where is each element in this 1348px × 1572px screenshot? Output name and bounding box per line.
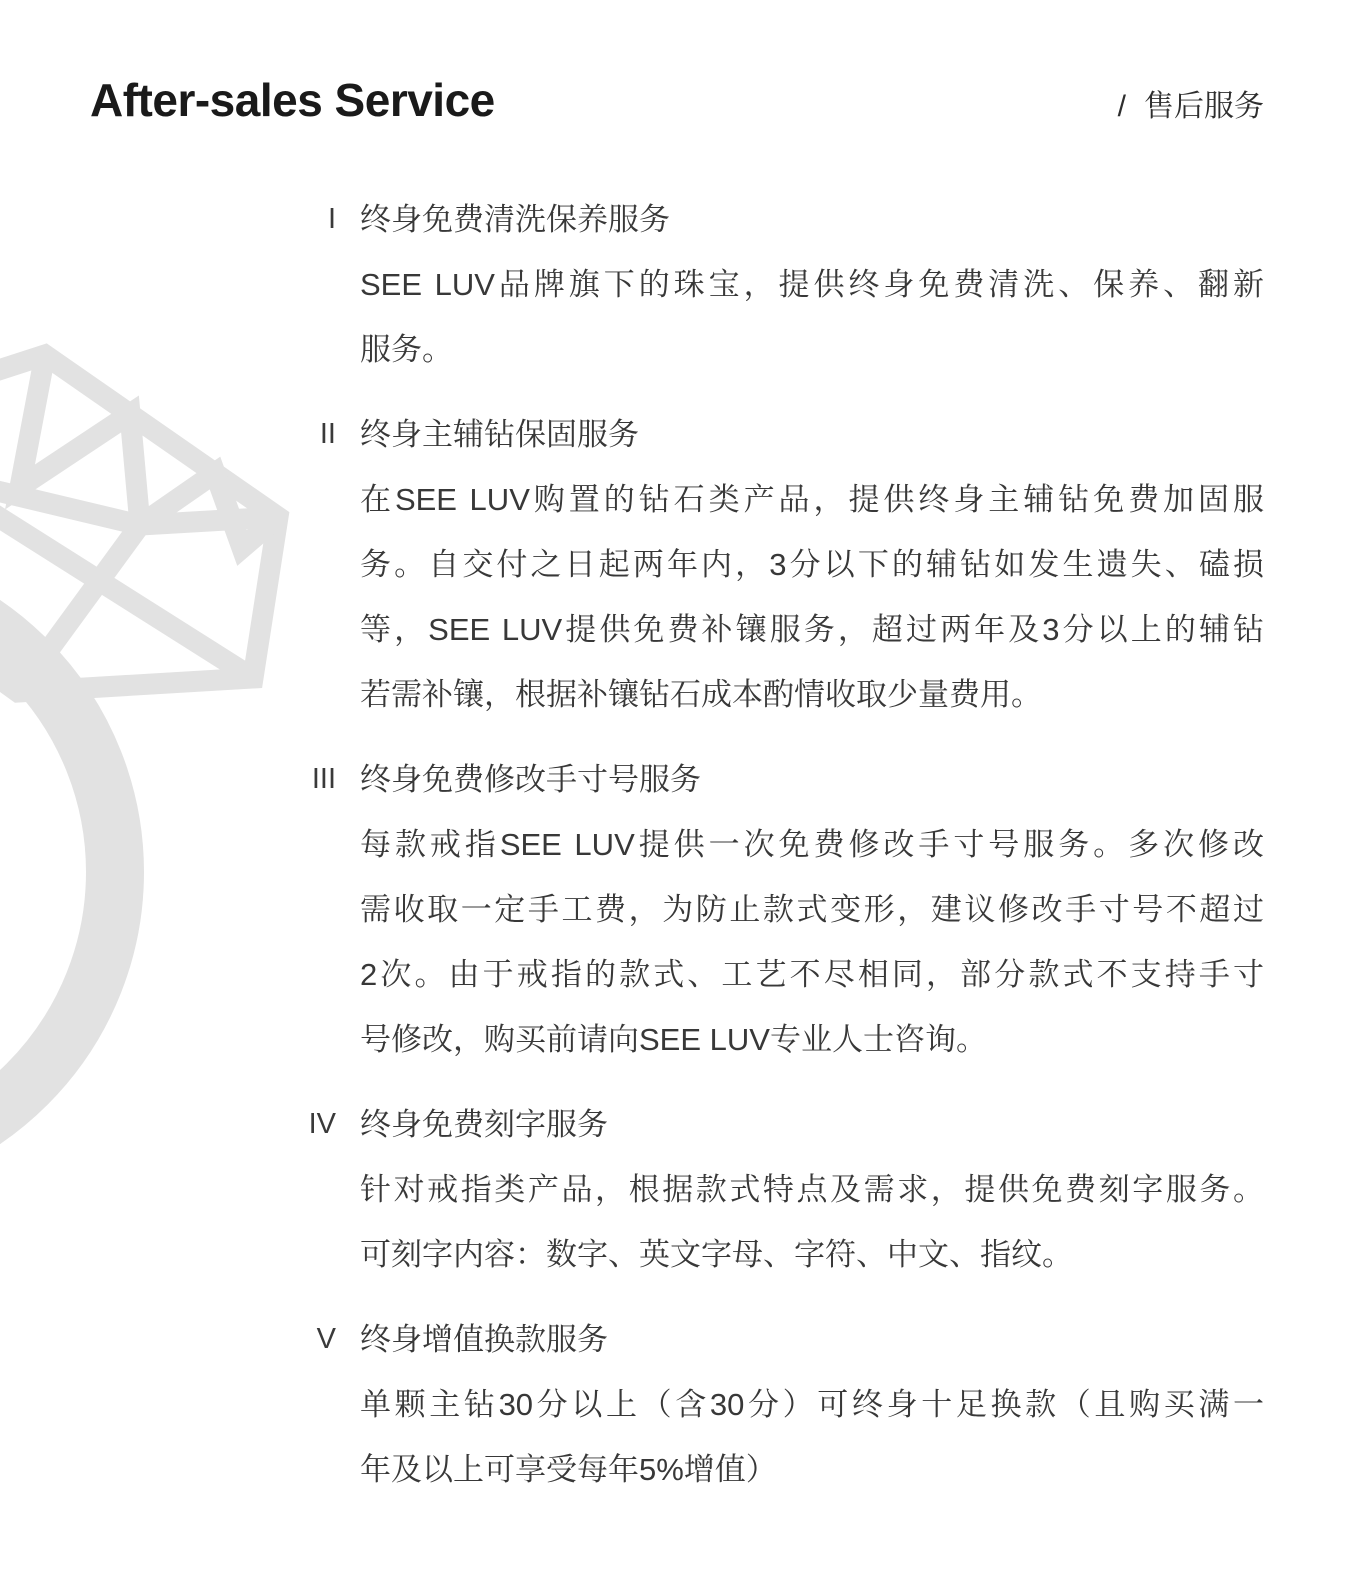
service-body-line: SEE LUV品牌旗下的珠宝，提供终身免费清洗、保养、翻新 <box>360 252 1264 317</box>
service-body-line: 针对戒指类产品，根据款式特点及需求，提供免费刻字服务。 <box>360 1157 1264 1222</box>
service-title: 终身免费清洗保养服务 <box>360 187 1264 252</box>
service-numeral: V <box>296 1307 336 1502</box>
service-body-line: 服务。 <box>360 317 1264 382</box>
service-body: 在SEE LUV购置的钻石类产品，提供终身主辅钻免费加固服务。自交付之日起两年内… <box>360 467 1264 727</box>
gem-pavilion-facet <box>0 480 253 678</box>
service-title: 终身主辅钻保固服务 <box>360 402 1264 467</box>
service-body-line: 每款戒指SEE LUV提供一次免费修改手寸号服务。多次修改 <box>360 812 1264 877</box>
service-body: 单颗主钻30分以上（含30分）可终身十足换款（且购买满一年及以上可享受每年5%增… <box>360 1372 1264 1502</box>
service-item-1: I 终身免费清洗保养服务 SEE LUV品牌旗下的珠宝，提供终身免费清洗、保养、… <box>296 187 1264 382</box>
gem-girdle-line <box>0 462 278 525</box>
page-title-zh: 售后服务 <box>1144 90 1264 123</box>
service-numeral: IV <box>296 1092 336 1287</box>
service-body: 每款戒指SEE LUV提供一次免费修改手寸号服务。多次修改需收取一定手工费，为防… <box>360 812 1264 1072</box>
service-item-5: V 终身增值换款服务 单颗主钻30分以上（含30分）可终身十足换款（且购买满一年… <box>296 1307 1264 1502</box>
service-title: 终身免费刻字服务 <box>360 1092 1264 1157</box>
gem-outline-shape <box>0 355 278 692</box>
service-list: I 终身免费清洗保养服务 SEE LUV品牌旗下的珠宝，提供终身免费清洗、保养、… <box>296 187 1264 1502</box>
service-body-line: 若需补镶，根据补镶钻石成本酌情收取少量费用。 <box>360 662 1264 727</box>
service-body: 针对戒指类产品，根据款式特点及需求，提供免费刻字服务。可刻字内容：数字、英文字母… <box>360 1157 1264 1287</box>
service-numeral: I <box>296 187 336 382</box>
service-body-line: 2次。由于戒指的款式、工艺不尽相同，部分款式不支持手寸 <box>360 942 1264 1007</box>
service-content: 终身增值换款服务 单颗主钻30分以上（含30分）可终身十足换款（且购买满一年及以… <box>360 1307 1264 1502</box>
service-item-4: IV 终身免费刻字服务 针对戒指类产品，根据款式特点及需求，提供免费刻字服务。可… <box>296 1092 1264 1287</box>
service-content: 终身免费刻字服务 针对戒指类产品，根据款式特点及需求，提供免费刻字服务。可刻字内… <box>360 1092 1264 1287</box>
gem-pavilion-facet <box>18 525 140 692</box>
title-separator-slash: / <box>1118 90 1126 123</box>
page-title-zh-group: /售后服务 <box>1118 89 1264 125</box>
service-content: 终身免费修改手寸号服务 每款戒指SEE LUV提供一次免费修改手寸号服务。多次修… <box>360 747 1264 1072</box>
service-body-line: 号修改，购买前请向SEE LUV专业人士咨询。 <box>360 1007 1264 1072</box>
gem-crown-facets <box>20 355 278 548</box>
service-body-line: 可刻字内容：数字、英文字母、字符、中文、指纹。 <box>360 1222 1264 1287</box>
page-header: After-sales Service /售后服务 <box>90 74 1264 127</box>
service-body-line: 需收取一定手工费，为防止款式变形，建议修改手寸号不超过 <box>360 877 1264 942</box>
service-title: 终身增值换款服务 <box>360 1307 1264 1372</box>
service-content: 终身主辅钻保固服务 在SEE LUV购置的钻石类产品，提供终身主辅钻免费加固服务… <box>360 402 1264 727</box>
service-numeral: III <box>296 747 336 1072</box>
service-body: SEE LUV品牌旗下的珠宝，提供终身免费清洗、保养、翻新服务。 <box>360 252 1264 382</box>
service-item-2: II 终身主辅钻保固服务 在SEE LUV购置的钻石类产品，提供终身主辅钻免费加… <box>296 402 1264 727</box>
service-title: 终身免费修改手寸号服务 <box>360 747 1264 812</box>
ring-band-shape <box>0 572 115 1172</box>
service-numeral: II <box>296 402 336 727</box>
service-body-line: 年及以上可享受每年5%增值） <box>360 1437 1264 1502</box>
service-content: 终身免费清洗保养服务 SEE LUV品牌旗下的珠宝，提供终身免费清洗、保养、翻新… <box>360 187 1264 382</box>
page-title-en: After-sales Service <box>90 74 495 127</box>
service-body-line: 务。自交付之日起两年内，3分以下的辅钻如发生遗失、磕损 <box>360 532 1264 597</box>
service-body-line: 等，SEE LUV提供免费补镶服务，超过两年及3分以上的辅钻 <box>360 597 1264 662</box>
service-body-line: 在SEE LUV购置的钻石类产品，提供终身主辅钻免费加固服 <box>360 467 1264 532</box>
service-item-3: III 终身免费修改手寸号服务 每款戒指SEE LUV提供一次免费修改手寸号服务… <box>296 747 1264 1072</box>
after-sales-service-page: After-sales Service /售后服务 I 终身免费清洗保养服务 S… <box>0 0 1348 1572</box>
diamond-ring-watermark <box>0 340 300 1190</box>
service-body-line: 单颗主钻30分以上（含30分）可终身十足换款（且购买满一 <box>360 1372 1264 1437</box>
